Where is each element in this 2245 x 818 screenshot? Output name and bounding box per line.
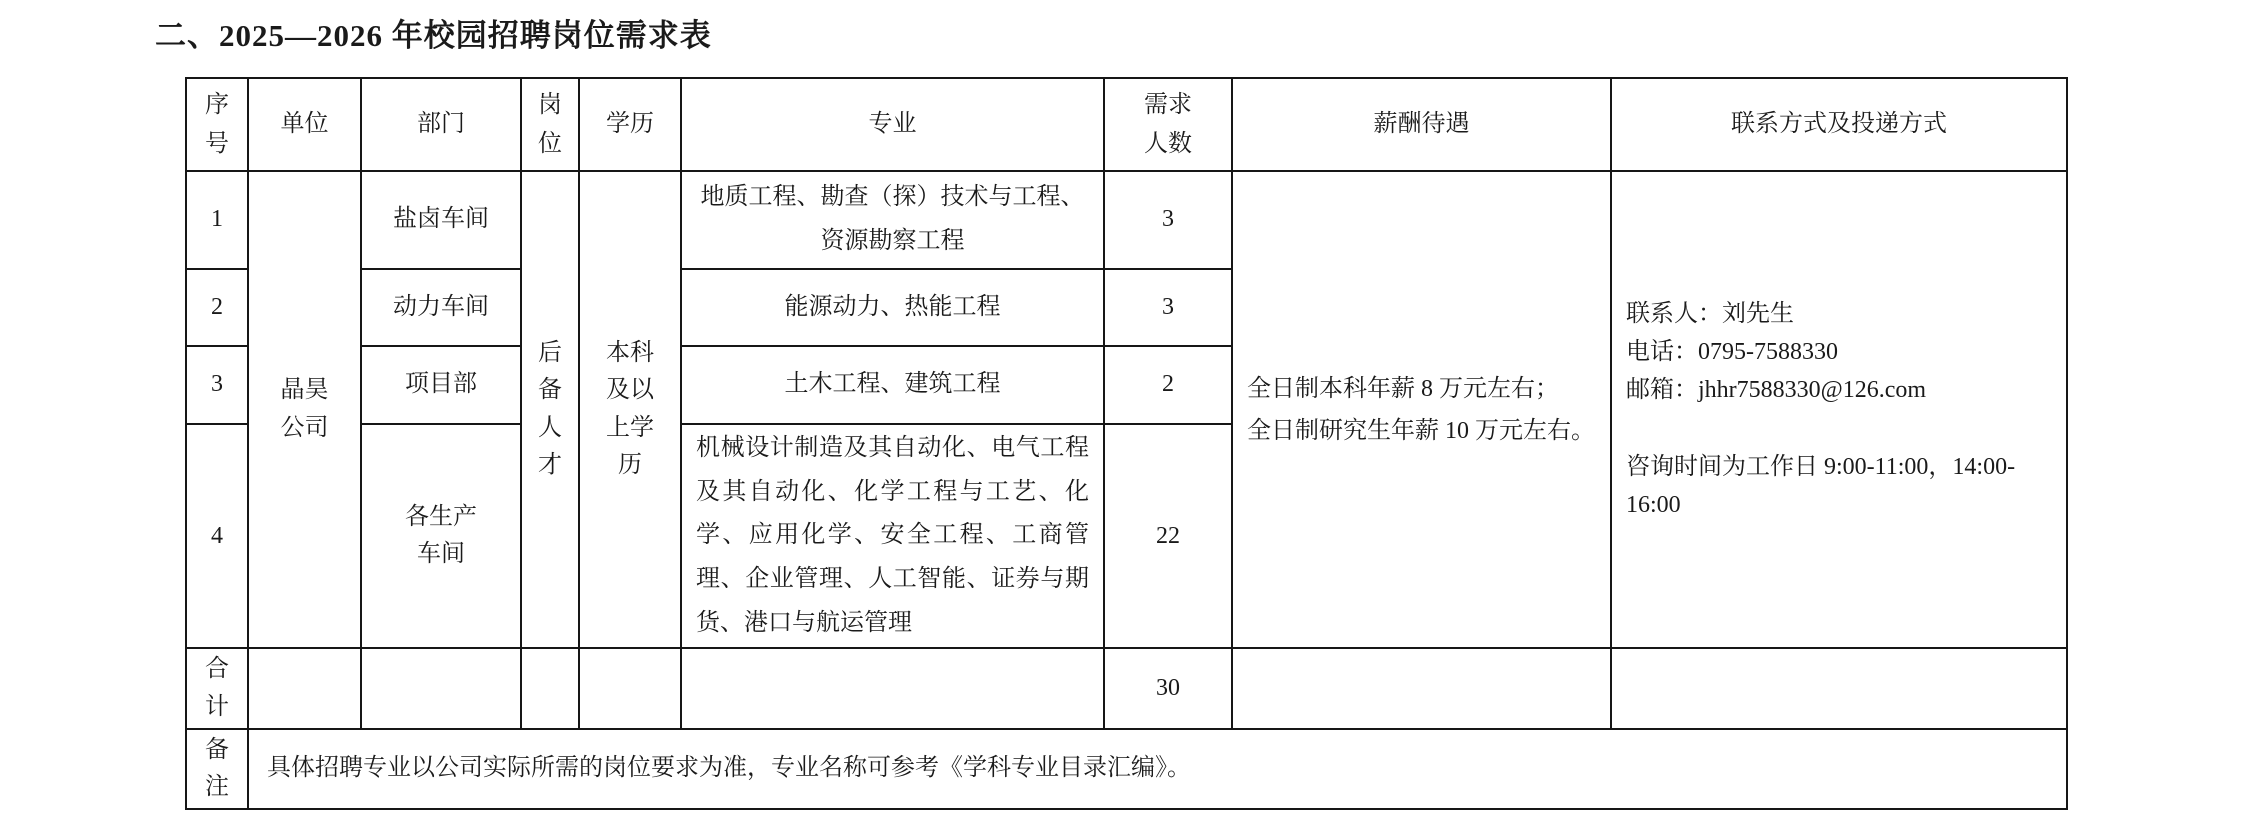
dept-cell: 各生产 车间	[361, 424, 521, 648]
contact-email: 邮箱：jhhr7588330@126.com	[1626, 371, 2052, 409]
salary-cell: 全日制本科年薪 8 万元左右； 全日制研究生年薪 10 万元左右。	[1232, 171, 1611, 648]
major-cell: 机械设计制造及其自动化、电气工程及其自动化、化学工程与工艺、化学、应用化学、安全…	[681, 424, 1104, 648]
page-title: 二、2025—2026 年校园招聘岗位需求表	[155, 10, 712, 55]
contact-hours: 咨询时间为工作日 9:00-11:00，14:00-16:00	[1626, 448, 2052, 525]
dept-cell: 盐卤车间	[361, 171, 521, 269]
total-row: 合 计 30	[186, 648, 2067, 728]
recruitment-table: 序 号 单位 部门 岗 位 学历 专业 需求 人数 薪酬待遇 联系方式及投递方式…	[185, 77, 2068, 810]
col-header-major: 专业	[681, 78, 1104, 171]
major-cell: 土木工程、建筑工程	[681, 346, 1104, 424]
note-text-cell: 具体招聘专业以公司实际所需的岗位要求为准，专业名称可参考《学科专业目录汇编》。	[248, 729, 2067, 809]
unit-cell: 晶昊 公司	[248, 171, 361, 648]
header-row: 序 号 单位 部门 岗 位 学历 专业 需求 人数 薪酬待遇 联系方式及投递方式	[186, 78, 2067, 171]
note-row: 备 注 具体招聘专业以公司实际所需的岗位要求为准，专业名称可参考《学科专业目录汇…	[186, 729, 2067, 809]
col-header-department: 部门	[361, 78, 521, 171]
empty-cell	[521, 648, 579, 728]
total-value-cell: 30	[1104, 648, 1232, 728]
demand-cell: 3	[1104, 171, 1232, 269]
empty-cell	[361, 648, 521, 728]
col-header-demand: 需求 人数	[1104, 78, 1232, 171]
col-header-contact: 联系方式及投递方式	[1611, 78, 2067, 171]
col-header-salary: 薪酬待遇	[1232, 78, 1611, 171]
serial-cell: 2	[186, 269, 248, 346]
major-cell: 地质工程、勘查（探）技术与工程、资源勘察工程	[681, 171, 1104, 269]
serial-cell: 1	[186, 171, 248, 269]
contact-cell: 联系人：刘先生 电话：0795-7588330 邮箱：jhhr7588330@1…	[1611, 171, 2067, 648]
empty-cell	[681, 648, 1104, 728]
document-page: 二、2025—2026 年校园招聘岗位需求表 序 号 单位 部门 岗 位 学历 …	[0, 0, 2245, 818]
post-cell: 后 备 人 才	[521, 171, 579, 648]
empty-cell	[248, 648, 361, 728]
col-header-unit: 单位	[248, 78, 361, 171]
empty-cell	[579, 648, 681, 728]
total-label-cell: 合 计	[186, 648, 248, 728]
demand-cell: 22	[1104, 424, 1232, 648]
demand-cell: 2	[1104, 346, 1232, 424]
serial-cell: 3	[186, 346, 248, 424]
contact-person: 联系人：刘先生	[1626, 295, 2052, 333]
serial-cell: 4	[186, 424, 248, 648]
contact-phone: 电话：0795-7588330	[1626, 333, 2052, 371]
demand-cell: 3	[1104, 269, 1232, 346]
empty-cell	[1611, 648, 2067, 728]
dept-cell: 项目部	[361, 346, 521, 424]
col-header-serial: 序 号	[186, 78, 248, 171]
education-cell: 本科 及以 上学 历	[579, 171, 681, 648]
col-header-post: 岗 位	[521, 78, 579, 171]
major-cell: 能源动力、热能工程	[681, 269, 1104, 346]
note-label-cell: 备 注	[186, 729, 248, 809]
table-row: 1 晶昊 公司 盐卤车间 后 备 人 才 本科 及以 上学 历 地质工程、勘查（…	[186, 171, 2067, 269]
col-header-education: 学历	[579, 78, 681, 171]
empty-cell	[1232, 648, 1611, 728]
dept-cell: 动力车间	[361, 269, 521, 346]
